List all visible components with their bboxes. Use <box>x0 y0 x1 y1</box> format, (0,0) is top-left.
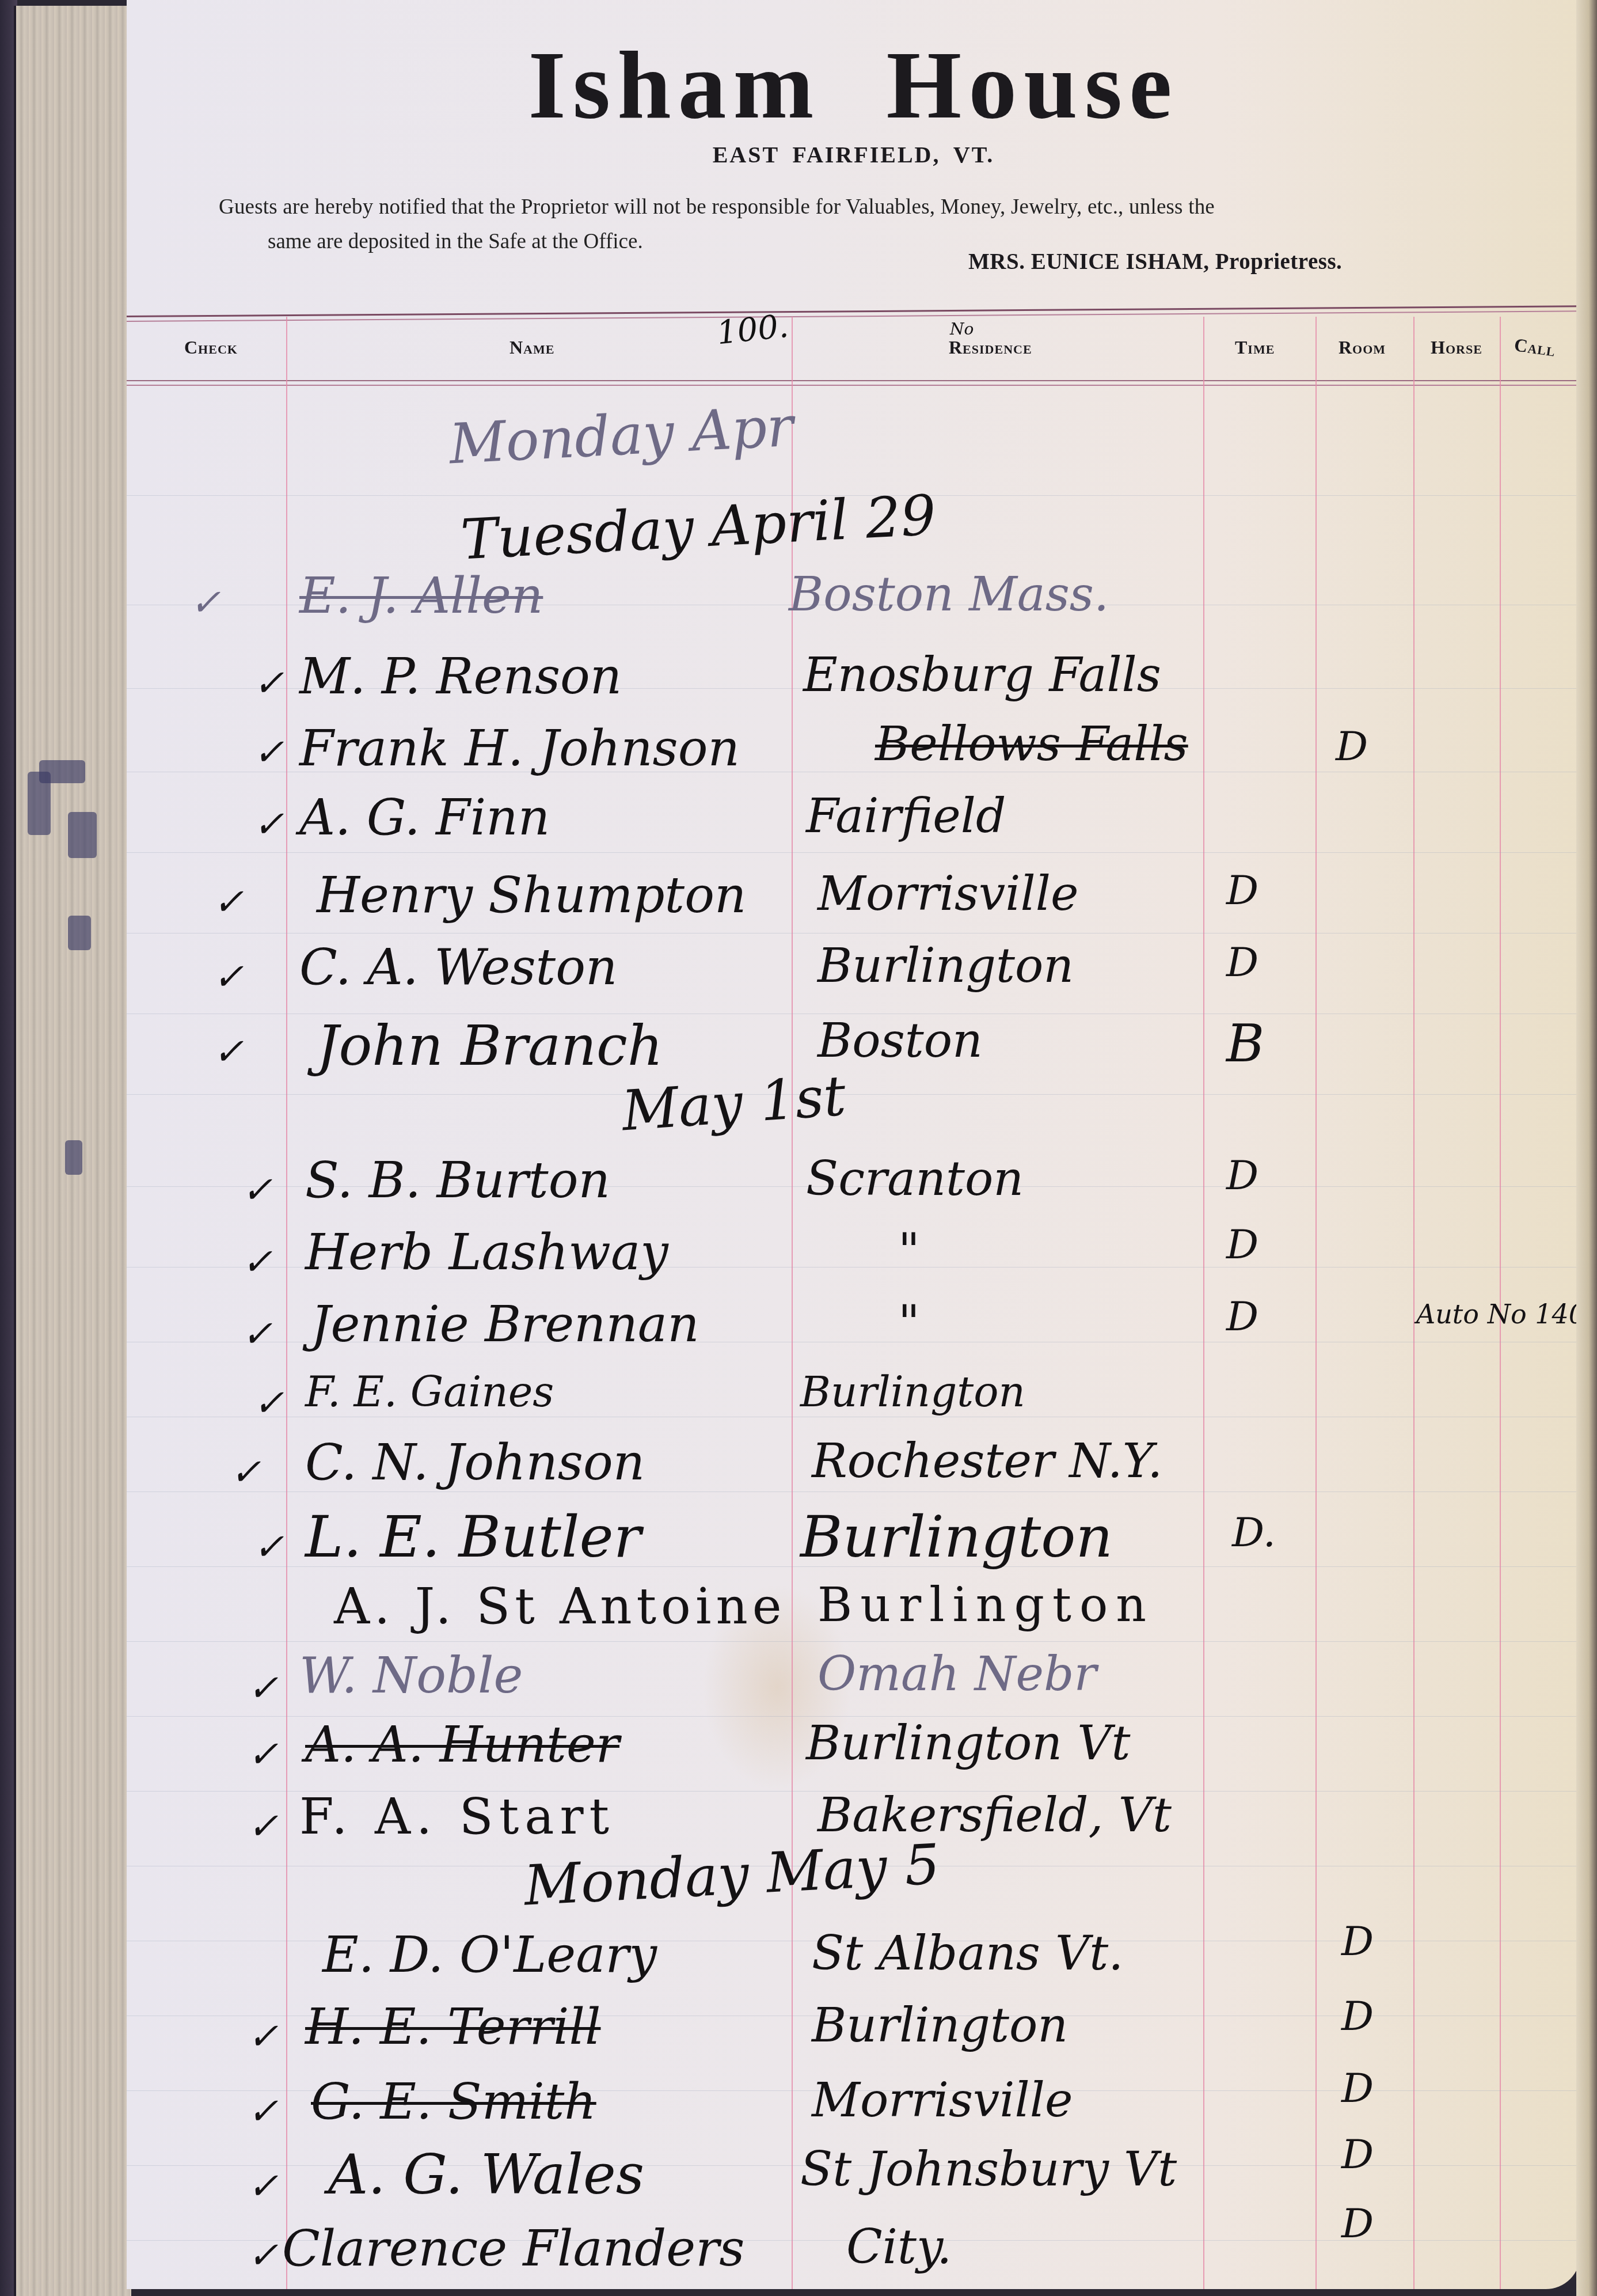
guest-name: H. E. Terrill <box>305 1998 600 2056</box>
column-divider <box>286 317 287 2289</box>
column-divider <box>1413 317 1415 2289</box>
room-mark: D <box>1341 2064 1374 2112</box>
check-mark: ✓ <box>253 1526 284 1569</box>
ink-stain <box>68 916 91 950</box>
check-mark: ✓ <box>248 2016 279 2058</box>
guest-name: Henry Shumpton <box>317 867 746 924</box>
guest-name: C. N. Johnson <box>305 1434 645 1492</box>
guest-residence: St Johnsbury Vt <box>800 2142 1177 2197</box>
guest-residence: City. <box>846 2220 952 2275</box>
guest-name: F. A. Start <box>299 1788 615 1846</box>
guest-residence: Morrisville <box>812 2073 1073 2128</box>
column-divider <box>1315 317 1317 2289</box>
check-mark: ✓ <box>253 803 284 846</box>
guest-residence: Burlington <box>812 1998 1068 2053</box>
guest-residence: St Albans Vt. <box>812 1926 1123 1981</box>
guest-name: G. E. Smith <box>311 2073 596 2131</box>
guest-name: M. P. Renson <box>299 648 622 705</box>
guest-name: E. D. O'Leary <box>322 1926 657 1984</box>
guest-name: W. Noble <box>299 1647 523 1705</box>
register-page: Isham House EAST FAIRFIELD, VT. Guests a… <box>127 0 1580 2289</box>
guest-residence: " <box>898 1224 920 1278</box>
time-mark: D <box>1336 723 1368 770</box>
hotel-location: EAST FAIRFIELD, VT. <box>127 141 1580 168</box>
guest-name: John Branch <box>317 1014 663 1078</box>
guest-residence: Fairfield <box>806 789 1006 844</box>
header-rule-top <box>127 305 1580 322</box>
check-mark: ✓ <box>248 2165 279 2208</box>
ink-stain <box>28 772 51 835</box>
check-mark: ✓ <box>190 582 221 624</box>
guest-residence: Morrisville <box>817 867 1079 921</box>
check-mark: ✓ <box>253 662 284 705</box>
guest-residence: Boston Mass. <box>789 567 1109 622</box>
guest-residence: Boston <box>817 1014 983 1068</box>
room-mark: D <box>1341 2200 1374 2247</box>
ruled-line <box>127 852 1580 853</box>
column-header-time: Time <box>1235 337 1275 358</box>
header-rule-bottom <box>127 380 1580 386</box>
check-mark: ✓ <box>213 1031 244 1073</box>
guest-name: F. E. Gaines <box>305 1368 554 1416</box>
check-mark: ✓ <box>248 1667 279 1710</box>
guest-name: A. A. Hunter <box>305 1716 619 1774</box>
guest-name: Herb Lashway <box>305 1224 668 1281</box>
guest-residence: Bellows Falls <box>875 717 1188 772</box>
ruled-line <box>127 1417 1580 1417</box>
column-divider <box>1203 317 1204 2289</box>
column-header-room: Room <box>1339 337 1386 358</box>
check-mark: ✓ <box>242 1313 273 1356</box>
check-mark: ✓ <box>248 1733 279 1776</box>
check-mark: ✓ <box>253 1382 284 1425</box>
column-header-residence: Residence <box>949 337 1032 358</box>
hotel-name: Isham House <box>127 30 1580 141</box>
ruled-line <box>127 1641 1580 1642</box>
column-header-check: Check <box>184 337 238 358</box>
proprietor: MRS. EUNICE ISHAM, Proprietress. <box>968 249 1342 275</box>
ruled-line <box>127 933 1580 933</box>
check-mark: ✓ <box>213 881 244 924</box>
ink-stain <box>68 812 97 858</box>
guest-name: Clarence Flanders <box>282 2220 744 2278</box>
residence-number-mark: No <box>950 320 974 339</box>
ruled-line <box>127 1094 1580 1095</box>
room-mark: D <box>1341 1993 1374 2040</box>
check-mark: ✓ <box>242 1241 273 1284</box>
check-mark: ✓ <box>213 956 244 999</box>
guest-name: A. G. Finn <box>299 789 550 847</box>
guest-name: A. G. Wales <box>328 2142 644 2207</box>
date-heading: Monday Apr <box>447 394 794 476</box>
date-heading: Tuesday April 29 <box>459 483 938 572</box>
guest-residence: Bakersfield, Vt <box>817 1788 1172 1843</box>
ink-stain <box>65 1140 82 1175</box>
check-mark: ✓ <box>248 1805 279 1848</box>
check-mark: ✓ <box>230 1451 261 1494</box>
guest-residence: Enosburg Falls <box>803 648 1161 703</box>
column-header-horse: Horse <box>1431 337 1482 358</box>
time-mark: B <box>1226 1014 1264 1074</box>
guest-name: L. E. Butler <box>305 1503 641 1570</box>
guest-residence: Scranton <box>806 1152 1024 1206</box>
guest-name: A. J. St Antoine <box>334 1578 786 1635</box>
check-mark: ✓ <box>253 731 284 774</box>
page-number: 100. <box>715 308 790 352</box>
room-mark: D <box>1341 2131 1374 2178</box>
room-mark: D <box>1341 1918 1374 1965</box>
check-mark: ✓ <box>248 2090 279 2133</box>
page-edges <box>14 6 131 2296</box>
column-header-name: Name <box>509 337 554 358</box>
ruled-line <box>127 1492 1580 1492</box>
guest-residence: Burlington <box>817 1578 1154 1633</box>
notice-line-2: same are deposited in the Safe at the Of… <box>268 229 643 254</box>
guest-residence: Burlington <box>800 1503 1113 1570</box>
guest-name: C. A. Weston <box>299 939 617 996</box>
guest-residence: Rochester N.Y. <box>812 1434 1162 1489</box>
page-fore-edge <box>1576 0 1597 2296</box>
guest-residence: Burlington <box>800 1368 1025 1416</box>
time-mark: D <box>1226 1152 1258 1199</box>
time-mark: D <box>1226 1221 1258 1268</box>
call-note: Auto No 1408 <box>1416 1299 1580 1330</box>
guest-residence: Burlington <box>817 939 1074 993</box>
guest-residence: " <box>898 1296 920 1350</box>
column-header-call: Call <box>1513 334 1557 361</box>
time-mark: D <box>1226 939 1258 986</box>
guest-name: Jennie Brennan <box>311 1296 699 1353</box>
guest-name: Frank H. Johnson <box>299 720 740 777</box>
guest-name: S. B. Burton <box>305 1152 610 1209</box>
notice-line-1: Guests are hereby notified that the Prop… <box>219 195 1215 219</box>
guest-name: E. J. Allen <box>299 567 543 625</box>
guest-residence: Omah Nebr <box>817 1647 1097 1702</box>
time-mark: D <box>1226 1293 1258 1340</box>
check-mark: ✓ <box>242 1169 273 1212</box>
time-mark: D. <box>1232 1509 1276 1556</box>
guest-residence: Burlington Vt <box>806 1716 1130 1771</box>
check-mark: ✓ <box>248 2234 279 2277</box>
time-mark: D <box>1226 867 1258 914</box>
